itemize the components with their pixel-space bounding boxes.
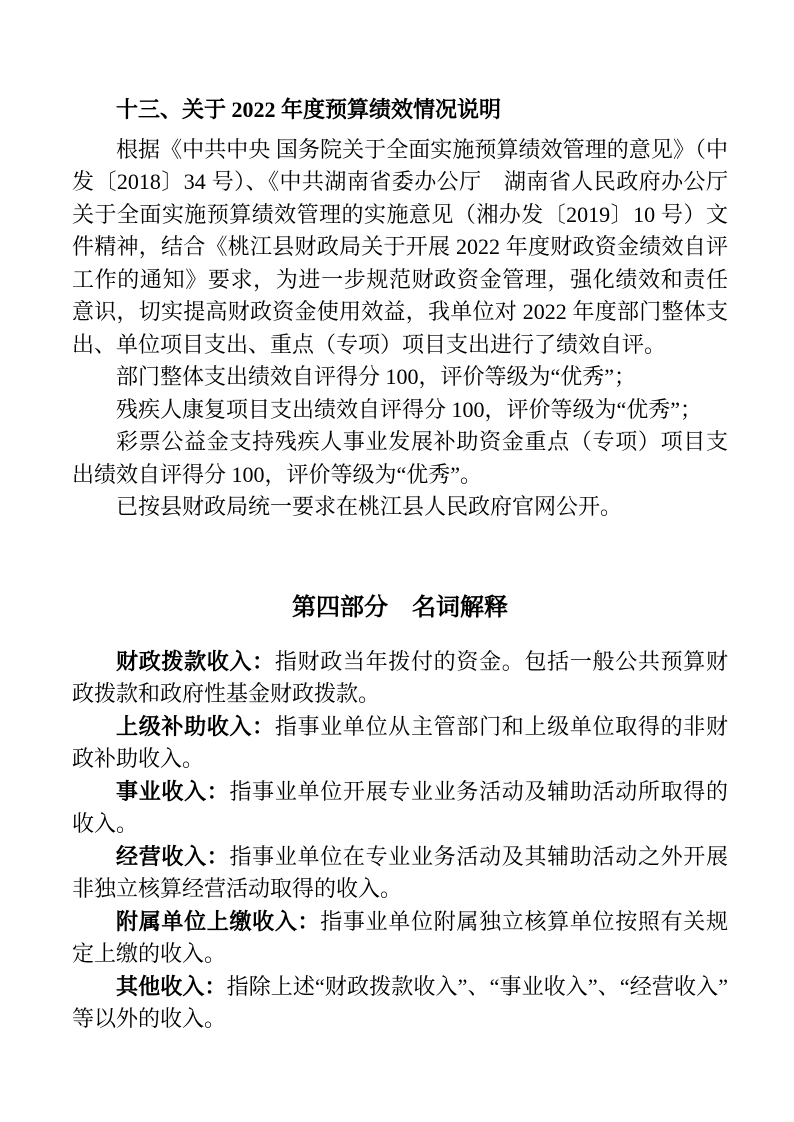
definition-term: 上级补助收入： <box>116 714 275 739</box>
definition-superior-subsidy-income: 上级补助收入：指事业单位从主管部门和上级单位取得的非财政补助收入。 <box>72 711 728 776</box>
definition-business-income: 经营收入：指事业单位在专业业务活动及其辅助活动之外开展非独立核算经营活动取得的收… <box>72 841 728 906</box>
definition-term: 经营收入： <box>116 844 229 869</box>
definition-affiliated-unit-remittance-income: 附属单位上缴收入：指事业单位附属独立核算单位按照有关规定上缴的收入。 <box>72 906 728 971</box>
definition-term: 事业收入： <box>116 779 229 804</box>
department-overall-score-paragraph: 部门整体支出绩效自评得分 100，评价等级为“优秀”； <box>72 361 728 394</box>
definition-other-income: 其他收入：指除上述“财政拨款收入”、“事业收入”、“经营收入”等以外的收入。 <box>72 971 728 1036</box>
document-page: 十三、关于 2022 年度预算绩效情况说明 根据《中共中央 国务院关于全面实施预… <box>0 0 794 1122</box>
definition-term: 财政拨款收入： <box>116 649 275 674</box>
disclosure-paragraph: 已按县财政局统一要求在桃江县人民政府官网公开。 <box>72 491 728 524</box>
definition-term: 其他收入： <box>116 974 227 999</box>
definition-fiscal-appropriation-income: 财政拨款收入：指财政当年拨付的资金。包括一般公共预算财政拨款和政府性基金财政拨款… <box>72 646 728 711</box>
definition-term: 附属单位上缴收入： <box>116 909 320 934</box>
rehab-project-score-paragraph: 残疾人康复项目支出绩效自评得分 100，评价等级为“优秀”； <box>72 394 728 427</box>
part4-title: 第四部分 名词解释 <box>72 590 728 626</box>
definition-operating-income-institution: 事业收入：指事业单位开展专业业务活动及辅助活动所取得的收入。 <box>72 776 728 841</box>
performance-intro-paragraph: 根据《中共中央 国务院关于全面实施预算绩效管理的意见》（中发〔2018〕34 号… <box>72 134 728 362</box>
section-13-heading: 十三、关于 2022 年度预算绩效情况说明 <box>72 94 728 127</box>
lottery-fund-score-paragraph: 彩票公益金支持残疾人事业发展补助资金重点（专项）项目支出绩效自评得分 100，评… <box>72 426 728 491</box>
